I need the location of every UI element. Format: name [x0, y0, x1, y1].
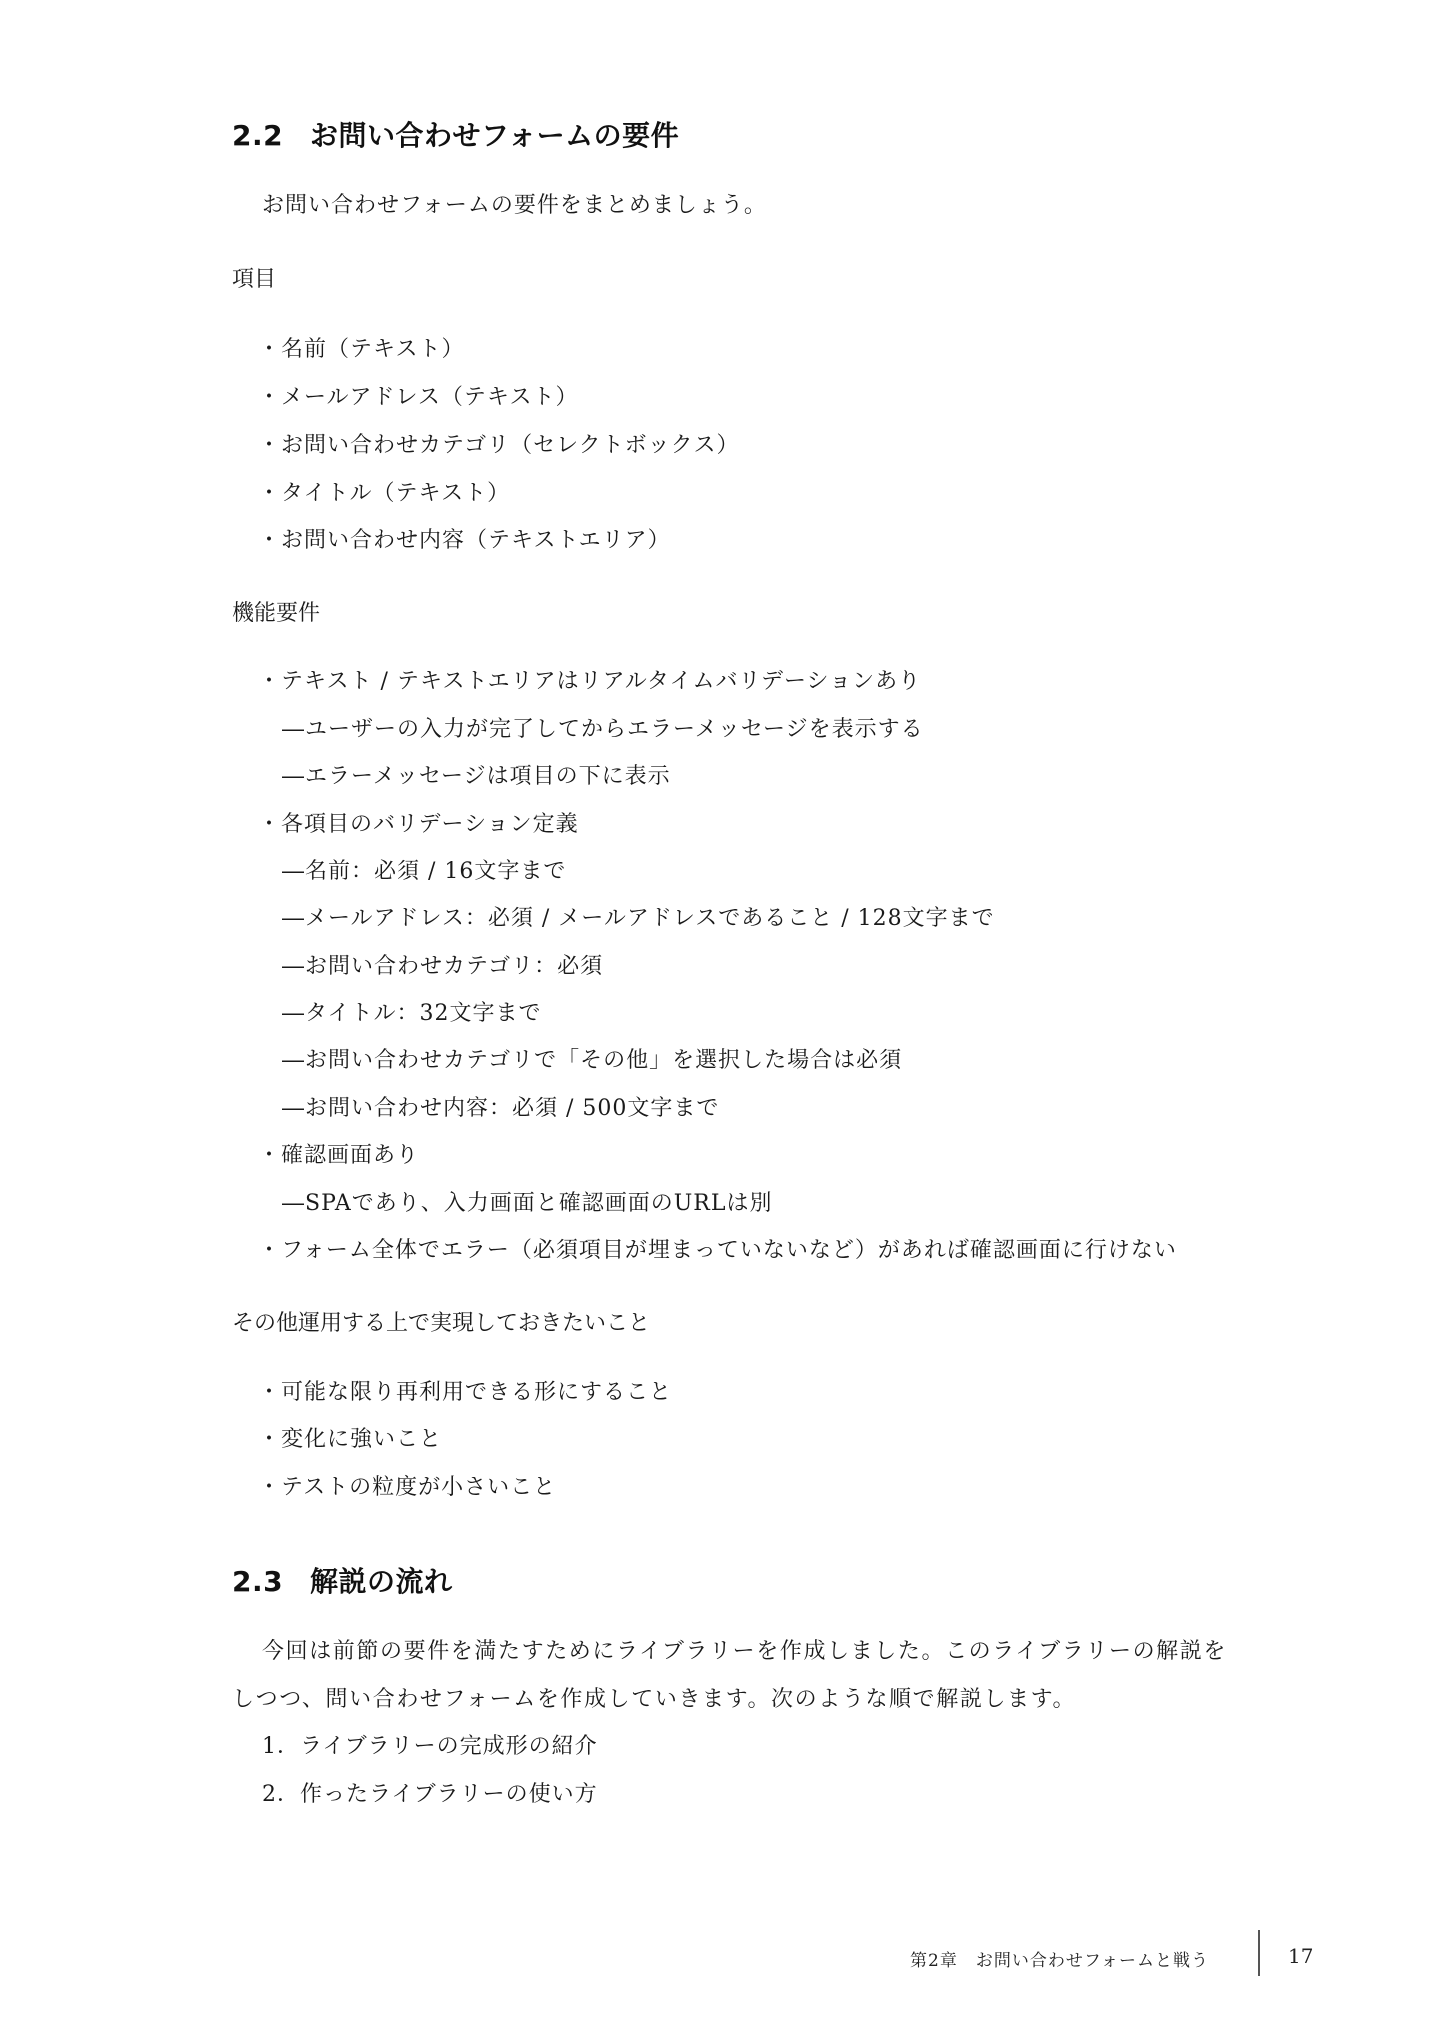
functional-subheading: 機能要件 [232, 596, 320, 627]
paragraph-line: 今回は前節の要件を満たすためにライブラリーを作成しました。このライブラリーの解説… [262, 1634, 1227, 1665]
list-subitem: ―SPAであり、入力画面と確認画面のURLは別 [282, 1186, 772, 1217]
list-item: ・メールアドレス（テキスト） [258, 380, 578, 411]
intro-paragraph: お問い合わせフォームの要件をまとめましょう。 [262, 188, 767, 219]
footer-divider [1258, 1930, 1260, 1976]
list-item: ・テストの粒度が小さいこと [258, 1470, 556, 1501]
list-subitem: ―タイトル：32文字まで [282, 996, 542, 1027]
document-page: 2.2お問い合わせフォームの要件 お問い合わせフォームの要件をまとめましょう。 … [0, 0, 1433, 2024]
running-footer-chapter: 第2章 お問い合わせフォームと戦う [910, 1946, 1209, 1971]
list-item: ・可能な限り再利用できる形にすること [258, 1375, 672, 1406]
list-subitem: ―名前：必須 / 16文字まで [282, 854, 566, 885]
items-subheading: 項目 [232, 262, 276, 293]
list-subitem: ―エラーメッセージは項目の下に表示 [282, 759, 671, 790]
list-item: ・各項目のバリデーション定義 [258, 807, 579, 838]
list-subitem: ―メールアドレス：必須 / メールアドレスであること / 128文字まで [282, 901, 995, 932]
list-subitem: ―お問い合わせカテゴリで「その他」を選択した場合は必須 [282, 1043, 902, 1074]
list-item: ・フォーム全体でエラー（必須項目が埋まっていないなど）があれば確認画面に行けない [258, 1233, 1177, 1264]
section-number: 2.3 [232, 1565, 310, 1598]
list-item: ・タイトル（テキスト） [258, 476, 510, 507]
section-number: 2.2 [232, 119, 310, 152]
numbered-item: 2．作ったライブラリーの使い方 [262, 1777, 598, 1808]
list-item: ・お問い合わせカテゴリ（セレクトボックス） [258, 428, 739, 459]
list-item: ・確認画面あり [258, 1138, 419, 1169]
list-subitem: ―お問い合わせカテゴリ：必須 [282, 949, 603, 980]
section-title: 解説の流れ [310, 1565, 453, 1598]
list-subitem: ―お問い合わせ内容：必須 / 500文字まで [282, 1091, 719, 1122]
paragraph-line: しつつ、問い合わせフォームを作成していきます。次のような順で解説します。 [232, 1682, 1076, 1713]
list-item: ・テキスト / テキストエリアはリアルタイムバリデーションあり [258, 664, 921, 695]
section-heading-2-2: 2.2お問い合わせフォームの要件 [232, 114, 679, 154]
section-title: お問い合わせフォームの要件 [310, 119, 679, 152]
numbered-item: 1．ライブラリーの完成形の紹介 [262, 1729, 598, 1760]
section-heading-2-3: 2.3解説の流れ [232, 1560, 453, 1600]
list-item: ・変化に強いこと [258, 1422, 442, 1453]
page-number: 17 [1288, 1944, 1313, 1968]
list-item: ・お問い合わせ内容（テキストエリア） [258, 523, 671, 554]
list-item: ・名前（テキスト） [258, 332, 465, 363]
other-subheading: その他運用する上で実現しておきたいこと [232, 1306, 650, 1337]
list-subitem: ―ユーザーの入力が完了してからエラーメッセージを表示する [282, 712, 924, 743]
